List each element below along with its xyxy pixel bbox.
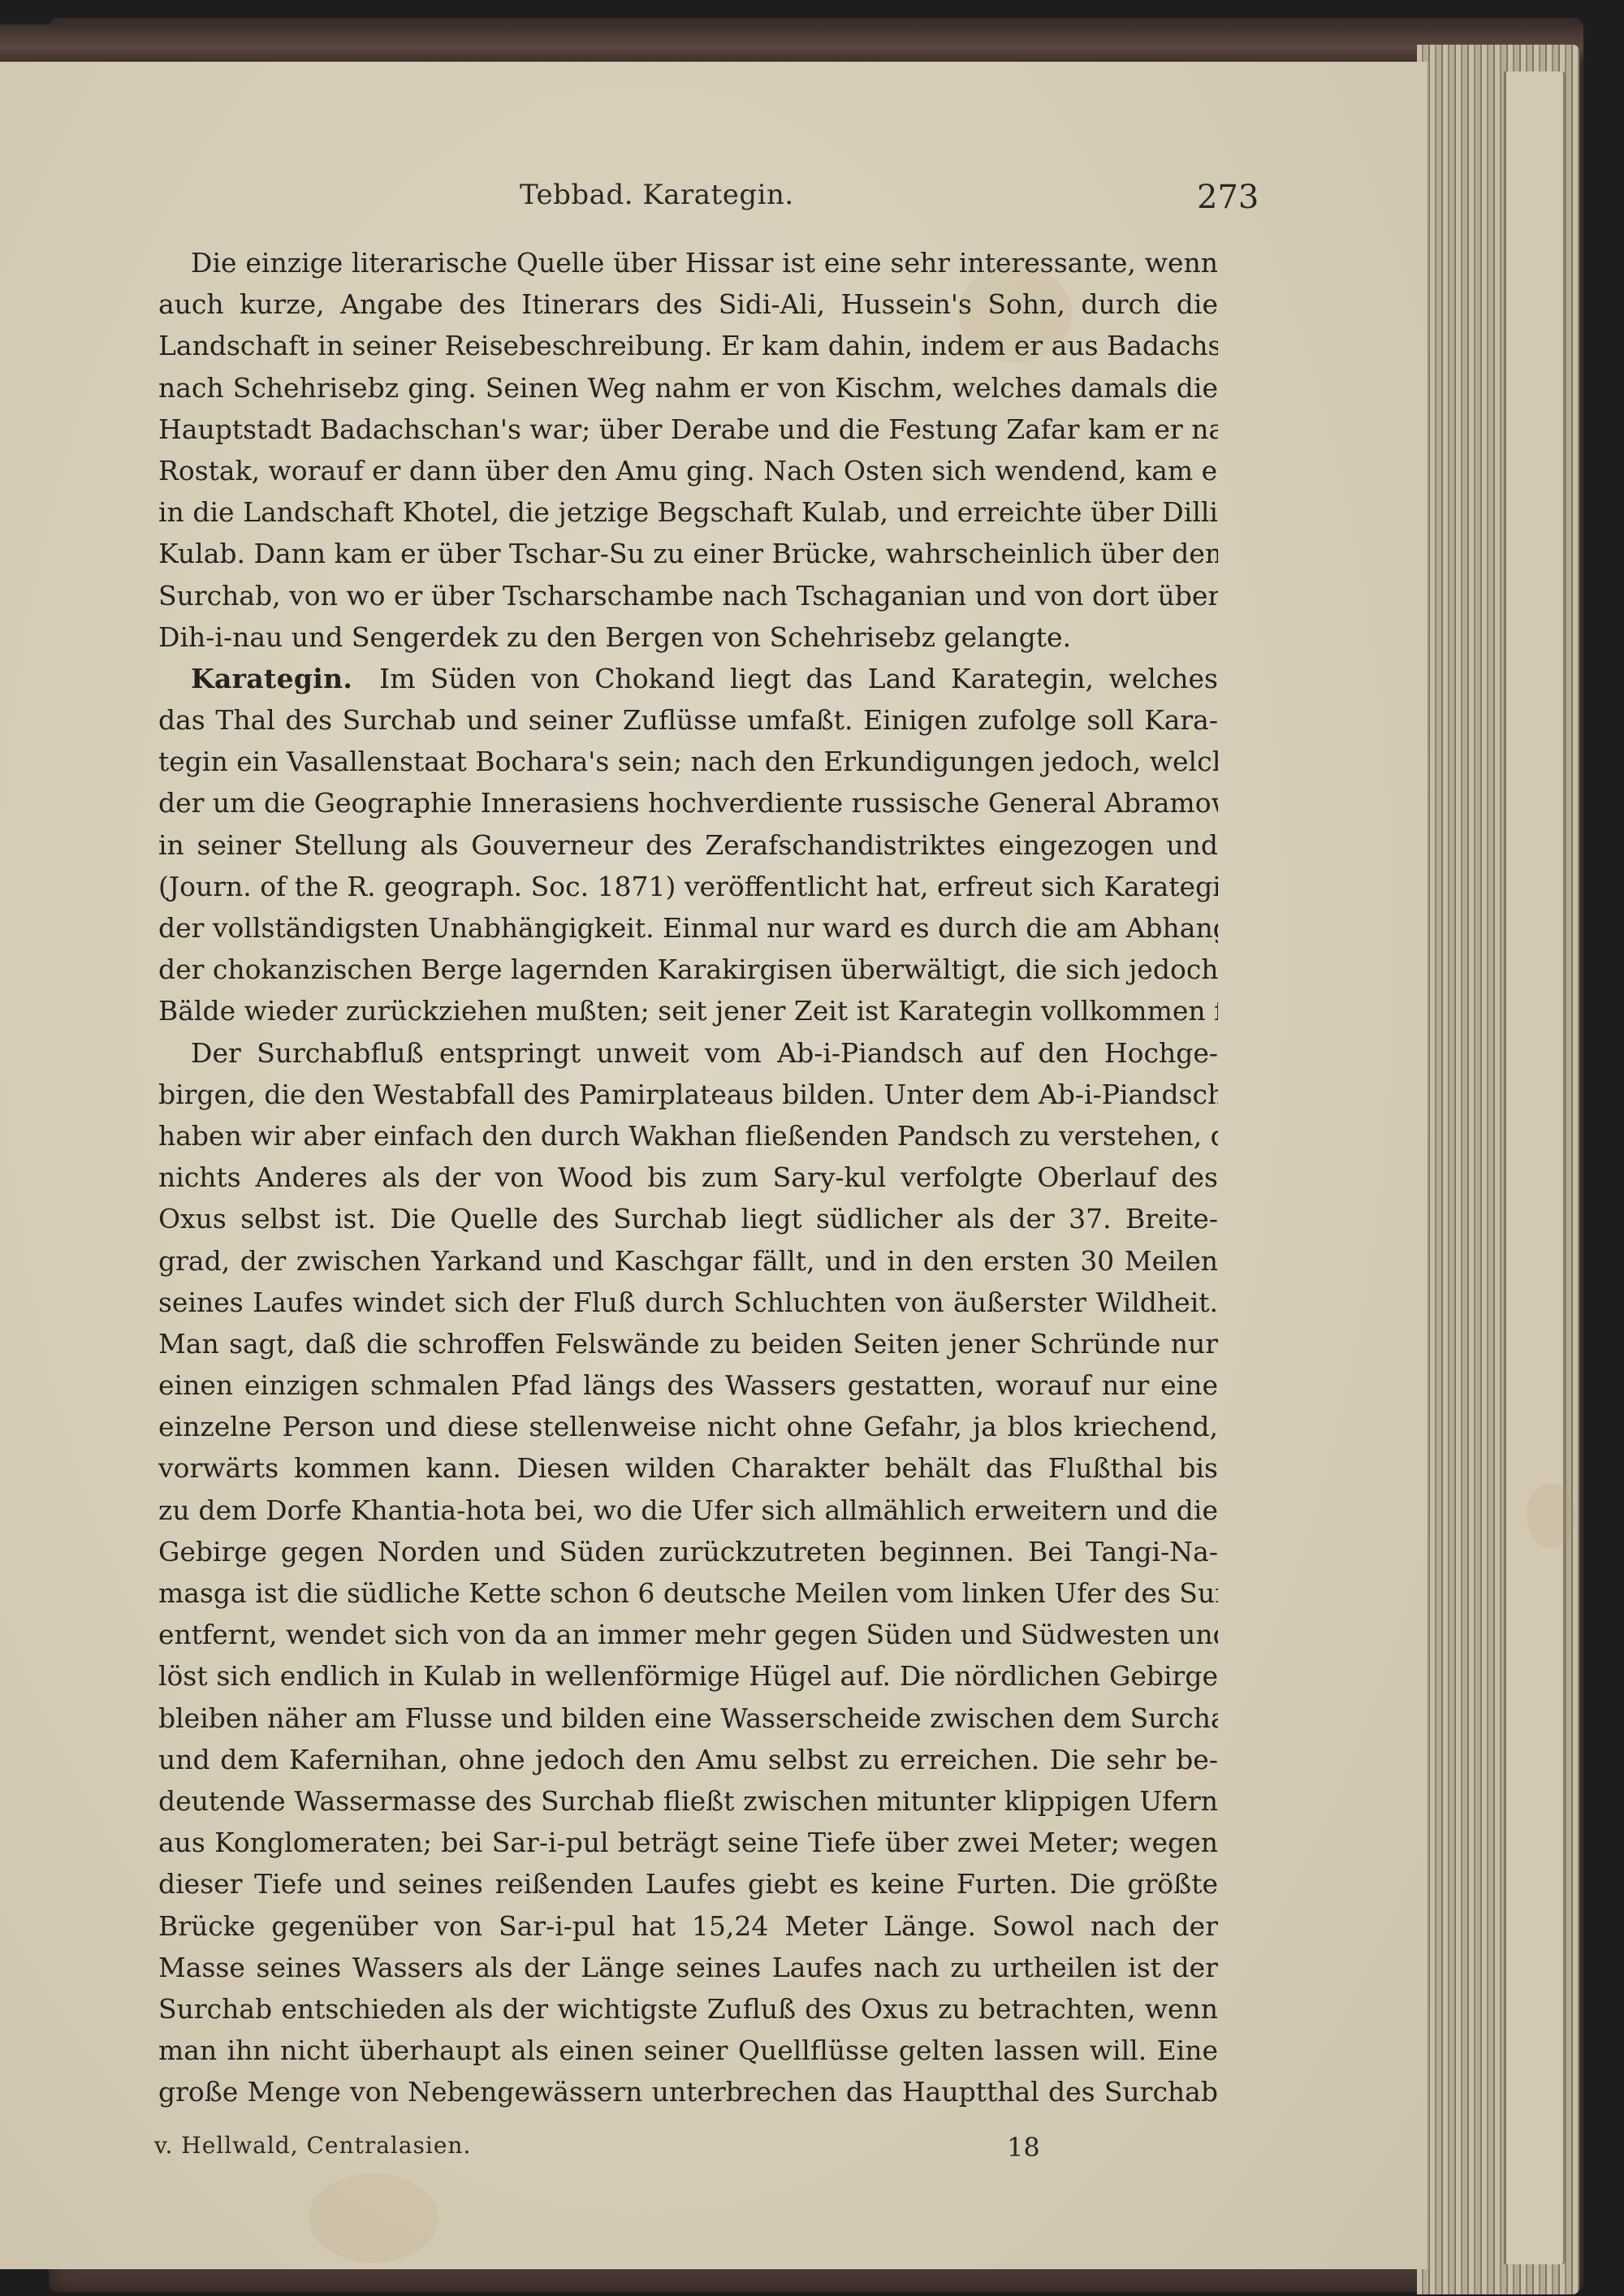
line-text: man ihn nicht überhaupt als einen seiner… (158, 2034, 1218, 2066)
text-line: man ihn nicht überhaupt als einen seiner… (158, 2030, 1218, 2071)
text-line: bleiben näher am Flusse und bilden eine … (158, 1697, 1218, 1739)
paper-stain (1527, 1483, 1575, 1548)
line-text: vorwärts kommen kann. Diesen wilden Char… (158, 1452, 1218, 1484)
line-text: einzelne Person und diese stellenweise n… (158, 1411, 1218, 1442)
line-text: Rostak, worauf er dann über den Amu ging… (158, 455, 1218, 486)
text-line: der chokanzischen Berge lagernden Karaki… (158, 949, 1218, 990)
text-line: zu dem Dorfe Khantia-hota bei, wo die Uf… (158, 1490, 1218, 1531)
line-text: nach Schehrisebz ging. Seinen Weg nahm e… (158, 372, 1218, 404)
line-text: zu dem Dorfe Khantia-hota bei, wo die Uf… (158, 1494, 1218, 1526)
line-text: in die Landschaft Khotel, die jetzige Be… (158, 496, 1218, 528)
line-text: Im Süden von Chokand liegt das Land Kara… (379, 663, 1218, 694)
footer-author-title: v. Hellwald, Centralasien. (154, 2132, 471, 2159)
text-line: dieser Tiefe und seines reißenden Laufes… (158, 1863, 1218, 1905)
line-text: in seiner Stellung als Gouverneur des Ze… (158, 829, 1218, 861)
line-text: der chokanzischen Berge lagernden Karaki… (158, 953, 1218, 985)
text-line: Man sagt, daß die schroffen Felswände zu… (158, 1323, 1218, 1364)
line-text: auch kurze, Angabe des Itinerars des Sid… (158, 288, 1218, 320)
text-line: nach Schehrisebz ging. Seinen Weg nahm e… (158, 367, 1218, 409)
line-text: Kulab. Dann kam er über Tschar-Su zu ein… (158, 538, 1218, 569)
section-sidehead: Karategin. (191, 663, 352, 694)
line-text: Surchab entschieden als der wichtigste Z… (158, 1993, 1218, 2025)
text-line: große Menge von Nebengewässern unterbrec… (158, 2071, 1218, 2112)
text-line: Rostak, worauf er dann über den Amu ging… (158, 450, 1218, 491)
line-text: tegin ein Vasallenstaat Bochara's sein; … (158, 746, 1218, 777)
line-text: dieser Tiefe und seines reißenden Laufes… (158, 1868, 1218, 1900)
text-line: einen einzigen schmalen Pfad längs des W… (158, 1364, 1218, 1406)
line-text: Brücke gegenüber von Sar-i-pul hat 15,24… (158, 1910, 1218, 1942)
text-line: Die einzige literarische Quelle über His… (158, 242, 1218, 283)
line-text: haben wir aber einfach den durch Wakhan … (158, 1120, 1218, 1152)
paper-stain (309, 2173, 438, 2263)
line-text: Oxus selbst ist. Die Quelle des Surchab … (158, 1203, 1218, 1234)
text-line: Brücke gegenüber von Sar-i-pul hat 15,24… (158, 1905, 1218, 1947)
line-text: einen einzigen schmalen Pfad längs des W… (158, 1369, 1218, 1401)
line-text: der um die Geographie Innerasiens hochve… (158, 787, 1218, 819)
line-text: deutende Wassermasse des Surchab fließt … (158, 1785, 1218, 1817)
line-text: Man sagt, daß die schroffen Felswände zu… (158, 1328, 1218, 1360)
text-line: in seiner Stellung als Gouverneur des Ze… (158, 824, 1218, 866)
line-text: bleiben näher am Flusse und bilden eine … (158, 1702, 1218, 1734)
line-text: Bälde wieder zurückziehen mußten; seit j… (158, 995, 1218, 1027)
text-line: Bälde wieder zurückziehen mußten; seit j… (158, 990, 1218, 1031)
line-text: Landschaft in seiner Reisebeschreibung. … (158, 330, 1218, 361)
text-line: Oxus selbst ist. Die Quelle des Surchab … (158, 1198, 1218, 1239)
text-line: Der Surchabfluß entspringt unweit vom Ab… (158, 1032, 1218, 1074)
line-text: Der Surchabfluß entspringt unweit vom Ab… (191, 1037, 1218, 1069)
line-text: das Thal des Surchab und seiner Zuflüsse… (158, 704, 1218, 736)
line-text: grad, der zwischen Yarkand und Kaschgar … (158, 1245, 1218, 1277)
signature-mark: 18 (1007, 2132, 1040, 2163)
text-line: (Journ. of the R. geograph. Soc. 1871) v… (158, 866, 1218, 907)
text-line: der um die Geographie Innerasiens hochve… (158, 782, 1218, 824)
text-line: grad, der zwischen Yarkand und Kaschgar … (158, 1240, 1218, 1282)
line-text: Masse seines Wassers als der Länge seine… (158, 1952, 1218, 1983)
inner-page-edges (1504, 71, 1566, 2264)
line-text: Gebirge gegen Norden und Süden zurückzut… (158, 1536, 1218, 1567)
line-text: entfernt, wendet sich von da an immer me… (158, 1619, 1218, 1650)
line-text: Surchab, von wo er über Tscharschambe na… (158, 580, 1218, 612)
text-line: das Thal des Surchab und seiner Zuflüsse… (158, 699, 1218, 741)
text-line: birgen, die den Westabfall des Pamirplat… (158, 1074, 1218, 1115)
line-text: der vollständigsten Unabhängigkeit. Einm… (158, 912, 1218, 944)
line-text: große Menge von Nebengewässern unterbrec… (158, 2076, 1218, 2108)
line-text: masga ist die südliche Kette schon 6 deu… (158, 1577, 1218, 1609)
line-text: Hauptstadt Badachschan's war; über Derab… (158, 413, 1218, 445)
text-line: Surchab, von wo er über Tscharschambe na… (158, 575, 1218, 616)
line-text: löst sich endlich in Kulab in wellenförm… (158, 1660, 1218, 1692)
text-line: Gebirge gegen Norden und Süden zurückzut… (158, 1531, 1218, 1572)
text-line: Dih-i-nau und Sengerdek zu den Bergen vo… (158, 616, 1218, 658)
text-line: löst sich endlich in Kulab in wellenförm… (158, 1655, 1218, 1697)
book-cover-top-edge (0, 24, 1583, 63)
text-line: Surchab entschieden als der wichtigste Z… (158, 1988, 1218, 2030)
text-line: und dem Kafernihan, ohne jedoch den Amu … (158, 1739, 1218, 1780)
text-line: masga ist die südliche Kette schon 6 deu… (158, 1572, 1218, 1614)
line-text: Die einzige literarische Quelle über His… (191, 247, 1218, 279)
text-line: vorwärts kommen kann. Diesen wilden Char… (158, 1447, 1218, 1489)
text-line: tegin ein Vasallenstaat Bochara's sein; … (158, 741, 1218, 782)
text-line: Karategin. Im Süden von Chokand liegt da… (158, 658, 1218, 699)
text-line: Masse seines Wassers als der Länge seine… (158, 1947, 1218, 1988)
text-line: Kulab. Dann kam er über Tschar-Su zu ein… (158, 533, 1218, 574)
line-text: (Journ. of the R. geograph. Soc. 1871) v… (158, 871, 1218, 902)
text-line: nichts Anderes als der von Wood bis zum … (158, 1157, 1218, 1198)
text-line: in die Landschaft Khotel, die jetzige Be… (158, 491, 1218, 533)
line-text: nichts Anderes als der von Wood bis zum … (158, 1161, 1218, 1193)
line-text: seines Laufes windet sich der Fluß durch… (158, 1286, 1218, 1318)
text-line: entfernt, wendet sich von da an immer me… (158, 1614, 1218, 1655)
text-line: der vollständigsten Unabhängigkeit. Einm… (158, 907, 1218, 949)
text-line: aus Konglomeraten; bei Sar-i-pul beträgt… (158, 1822, 1218, 1863)
line-text: Dih-i-nau und Sengerdek zu den Bergen vo… (158, 621, 1071, 653)
text-line: Landschaft in seiner Reisebeschreibung. … (158, 325, 1218, 366)
text-line: haben wir aber einfach den durch Wakhan … (158, 1115, 1218, 1157)
text-line: einzelne Person und diese stellenweise n… (158, 1406, 1218, 1447)
running-title: Tebbad. Karategin. (520, 179, 794, 211)
text-line: deutende Wassermasse des Surchab fließt … (158, 1780, 1218, 1822)
text-line: auch kurze, Angabe des Itinerars des Sid… (158, 283, 1218, 325)
line-text: birgen, die den Westabfall des Pamirplat… (158, 1079, 1218, 1110)
line-text: aus Konglomeraten; bei Sar-i-pul beträgt… (158, 1827, 1218, 1858)
line-text: und dem Kafernihan, ohne jedoch den Amu … (158, 1744, 1218, 1775)
page-number: 273 (1197, 179, 1259, 216)
body-text: Die einzige literarische Quelle über His… (158, 242, 1218, 2112)
text-line: seines Laufes windet sich der Fluß durch… (158, 1282, 1218, 1323)
text-line: Hauptstadt Badachschan's war; über Derab… (158, 409, 1218, 450)
